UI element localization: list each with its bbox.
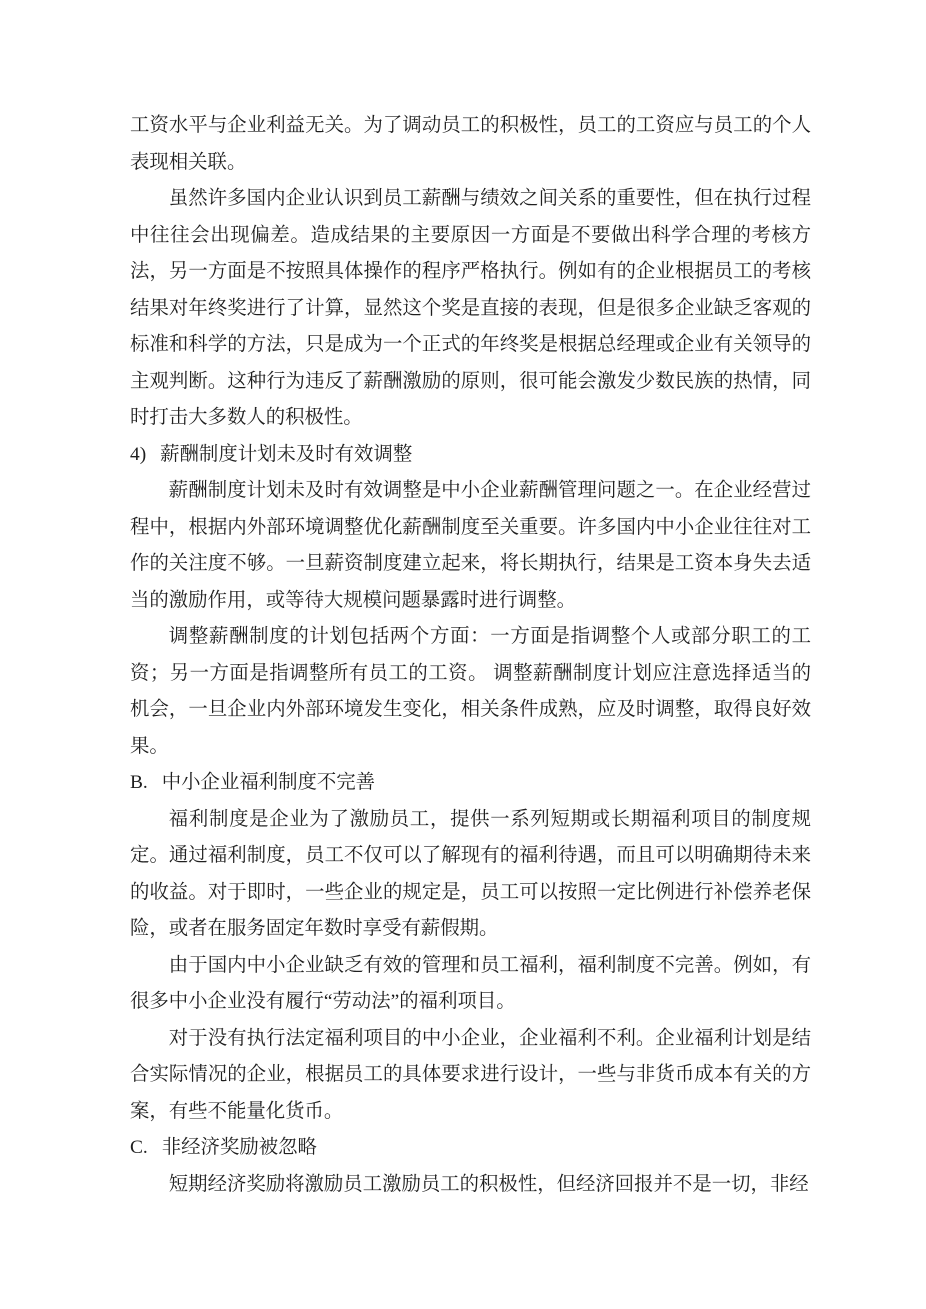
paragraph-welfare-system-definition: 福利制度是企业为了激励员工，提供一系列短期或长期福利项目的制度规定。通过福利制度… bbox=[130, 802, 811, 948]
heading-text: 薪酬制度计划未及时有效调整 bbox=[160, 444, 412, 465]
heading-marker: B. bbox=[130, 765, 148, 802]
section-heading-c: C.非经济奖励被忽略 bbox=[130, 1130, 811, 1167]
paragraph-noneconomic-rewards: 短期经济奖励将激励员工激励员工的积极性，但经济回报并不是一切，非经 bbox=[130, 1167, 811, 1204]
paragraph-wage-performance: 工资水平与企业利益无关。为了调动员工的积极性，员工的工资应与员工的个人表现相关联… bbox=[130, 108, 811, 181]
document-content: 工资水平与企业利益无关。为了调动员工的积极性，员工的工资应与员工的个人表现相关联… bbox=[130, 108, 811, 1203]
paragraph-welfare-plan-design: 对于没有执行法定福利项目的中小企业，企业福利不利。企业福利计划是结合实际情况的企… bbox=[130, 1021, 811, 1131]
section-heading-4: 4)薪酬制度计划未及时有效调整 bbox=[130, 437, 811, 474]
paragraph-welfare-incomplete: 由于国内中小企业缺乏有效的管理和员工福利，福利制度不完善。例如，有很多中小企业没… bbox=[130, 948, 811, 1021]
document-page: 工资水平与企业利益无关。为了调动员工的积极性，员工的工资应与员工的个人表现相关联… bbox=[0, 0, 926, 1309]
heading-marker: 4) bbox=[130, 437, 146, 474]
heading-text: 非经济奖励被忽略 bbox=[162, 1137, 317, 1158]
section-heading-b: B.中小企业福利制度不完善 bbox=[130, 765, 811, 802]
paragraph-salary-plan-adjustment: 薪酬制度计划未及时有效调整是中小企业薪酬管理问题之一。在企业经营过程中，根据内外… bbox=[130, 473, 811, 619]
paragraph-adjustment-two-aspects: 调整薪酬制度的计划包括两个方面：一方面是指调整个人或部分职工的工资；另一方面是指… bbox=[130, 619, 811, 765]
paragraph-performance-deviation: 虽然许多国内企业认识到员工薪酬与绩效之间关系的重要性，但在执行过程中往往会出现偏… bbox=[130, 181, 811, 437]
heading-marker: C. bbox=[130, 1130, 148, 1167]
heading-text: 中小企业福利制度不完善 bbox=[162, 772, 375, 793]
